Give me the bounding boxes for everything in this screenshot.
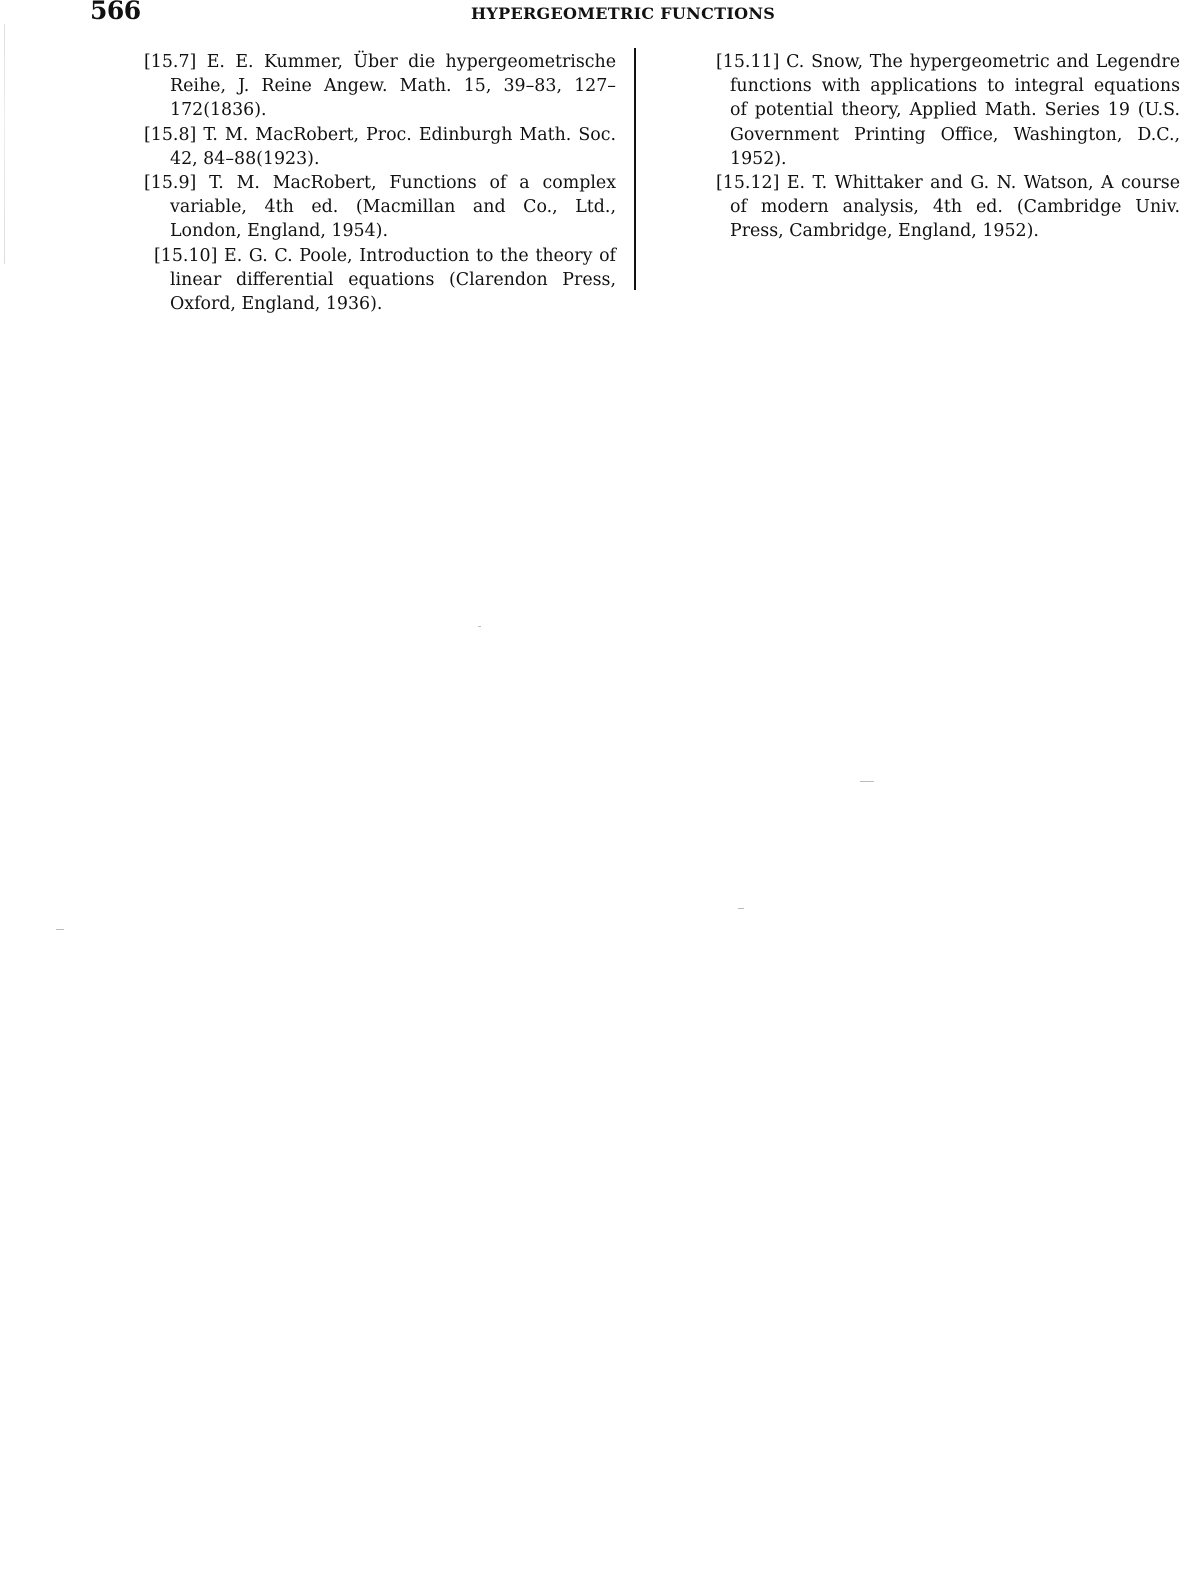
reference-label: [15.7]	[144, 52, 196, 72]
reference-15-7: [15.7] E. E. Kummer, Über die hypergeome…	[88, 50, 616, 123]
reference-entry: [15.12] E. T. Whittaker and G. N. Watson…	[650, 171, 1180, 244]
reference-label: [15.9]	[144, 173, 196, 193]
references-left-column: [15.7] E. E. Kummer, Über die hypergeome…	[88, 50, 616, 316]
reference-text: E. G. C. Poole, Introduction to the theo…	[170, 246, 616, 314]
reference-label: [15.12]	[716, 173, 779, 193]
page-number: 566	[90, 0, 141, 25]
reference-15-11: [15.11] C. Snow, The hypergeometric and …	[650, 50, 1180, 171]
reference-label: [15.8]	[144, 125, 196, 145]
scan-speck	[478, 626, 481, 627]
reference-15-10: [15.10] E. G. C. Poole, Introduction to …	[88, 244, 616, 317]
reference-entry: [15.8] T. M. MacRobert, Proc. Edinburgh …	[88, 123, 616, 171]
reference-text: T. M. MacRobert, Proc. Edinburgh Math. S…	[170, 125, 616, 169]
reference-entry: [15.11] C. Snow, The hypergeometric and …	[650, 50, 1180, 171]
column-divider	[634, 48, 636, 290]
reference-15-12: [15.12] E. T. Whittaker and G. N. Watson…	[650, 171, 1180, 244]
reference-label: [15.11]	[716, 52, 779, 72]
reference-15-9: [15.9] T. M. MacRobert, Functions of a c…	[88, 171, 616, 244]
scan-speck	[860, 781, 874, 782]
running-title: HYPERGEOMETRIC FUNCTIONS	[471, 4, 775, 23]
reference-label: [15.10]	[154, 246, 217, 266]
reference-entry: [15.9] T. M. MacRobert, Functions of a c…	[88, 171, 616, 244]
reference-entry: [15.7] E. E. Kummer, Über die hypergeome…	[88, 50, 616, 123]
reference-text: C. Snow, The hypergeometric and Legendre…	[730, 52, 1180, 169]
scan-speck	[738, 908, 744, 909]
reference-15-8: [15.8] T. M. MacRobert, Proc. Edinburgh …	[88, 123, 616, 171]
reference-text: T. M. MacRobert, Functions of a complex …	[170, 173, 616, 241]
scan-edge	[4, 24, 5, 264]
reference-text: E. E. Kummer, Über die hypergeometrische…	[170, 52, 616, 120]
reference-text: E. T. Whittaker and G. N. Watson, A cour…	[730, 173, 1180, 241]
scan-speck	[56, 929, 64, 930]
references-right-column: [15.11] C. Snow, The hypergeometric and …	[650, 50, 1180, 244]
reference-entry: [15.10] E. G. C. Poole, Introduction to …	[88, 244, 616, 317]
